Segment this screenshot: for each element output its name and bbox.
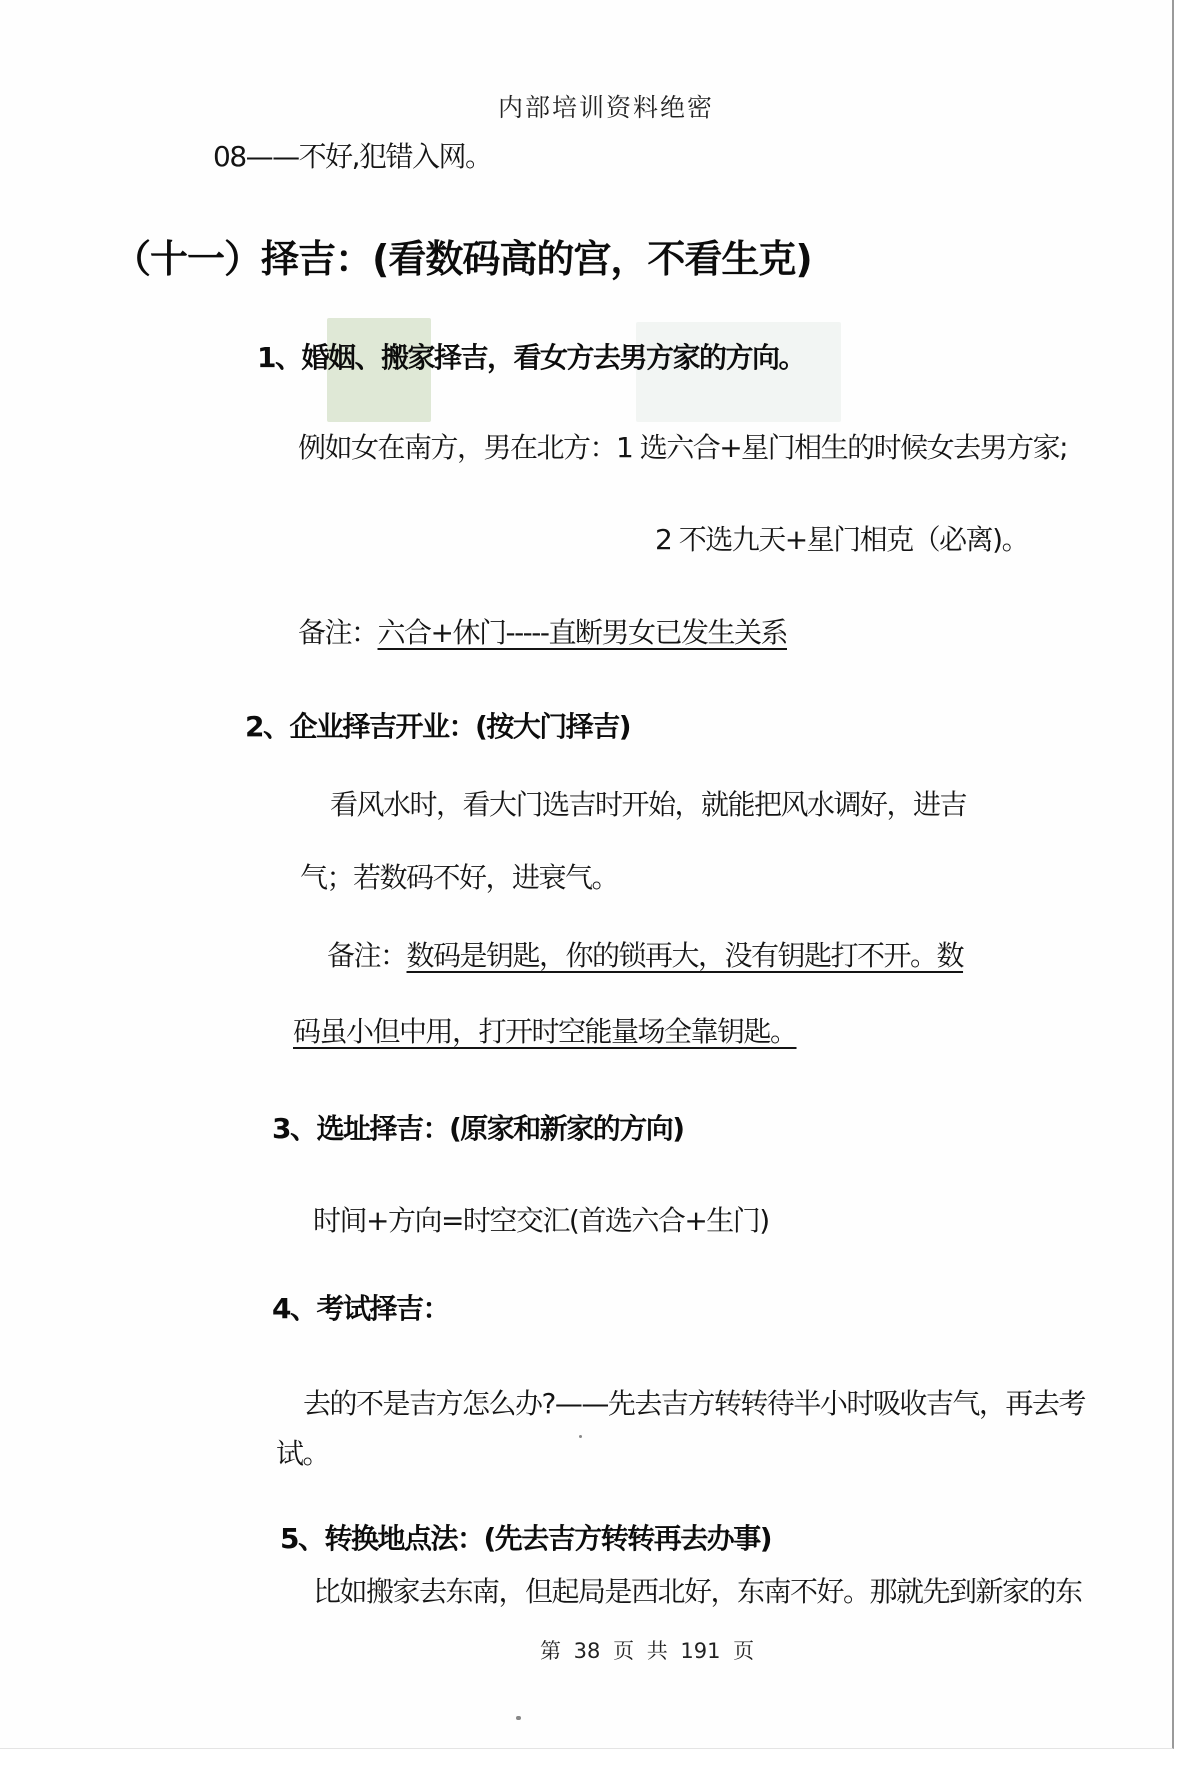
note-label: 备注： xyxy=(327,939,407,972)
note-label: 备注： xyxy=(298,616,378,649)
item-5-heading: 5、转换地点法：(先去吉方转转再去办事) xyxy=(280,1517,771,1557)
document-page: 内部培训资料绝密 08——不好,犯错入网。 （十一）择吉：(看数码高的宫，不看生… xyxy=(0,0,1174,1749)
page-header: 内部培训资料绝密 xyxy=(498,88,714,124)
item-4-line-2: 试。 xyxy=(276,1432,329,1472)
section-title: （十一）择吉：(看数码高的宫，不看生克) xyxy=(113,228,812,283)
intro-line: 08——不好,犯错入网。 xyxy=(213,135,492,175)
item-2-line-1: 看风水时，看大门选吉时开始，就能把风水调好，进吉 xyxy=(330,783,966,823)
note-underlined-text: 数码是钥匙，你的锁再大，没有钥匙打不开。数 xyxy=(407,939,964,972)
note-underlined-text: 六合+休门-----直断男女已发生关系 xyxy=(378,616,787,649)
item-1-note: 备注：六合+休门-----直断男女已发生关系 xyxy=(298,611,787,651)
item-3-heading: 3、选址择吉：(原家和新家的方向) xyxy=(272,1107,684,1147)
scan-speck xyxy=(516,1716,521,1720)
item-2-line-2: 气；若数码不好，进衰气。 xyxy=(300,856,618,896)
item-1-line-2: 2 不选九天+星门相克（必离)。 xyxy=(655,518,1028,558)
item-2-heading: 2、企业择吉开业：(按大门择吉) xyxy=(245,705,630,745)
item-1-line-1: 例如女在南方，男在北方：1 选六合+星门相生的时候女去男方家; xyxy=(298,426,1067,466)
item-1-heading: 1、婚姻、搬家择吉，看女方去男方家的方向。 xyxy=(257,336,805,376)
item-4-line-1: 去的不是吉方怎么办?——先去吉方转转待半小时吸收吉气，再去考 xyxy=(303,1382,1085,1422)
item-5-line-1: 比如搬家去东南，但起局是西北好，东南不好。那就先到新家的东 xyxy=(313,1570,1082,1610)
item-2-note-line-2: 码虽小但中用，打开时空能量场全靠钥匙。 xyxy=(293,1010,797,1050)
item-4-heading: 4、考试择吉： xyxy=(272,1287,449,1327)
page-footer: 第 38 页 共 191 页 xyxy=(540,1635,754,1665)
item-3-line-1: 时间+方向=时空交汇(首选六合+生门) xyxy=(313,1199,769,1239)
scan-speck xyxy=(579,1435,582,1438)
item-2-note-line-1: 备注：数码是钥匙，你的锁再大，没有钥匙打不开。数 xyxy=(327,934,963,974)
